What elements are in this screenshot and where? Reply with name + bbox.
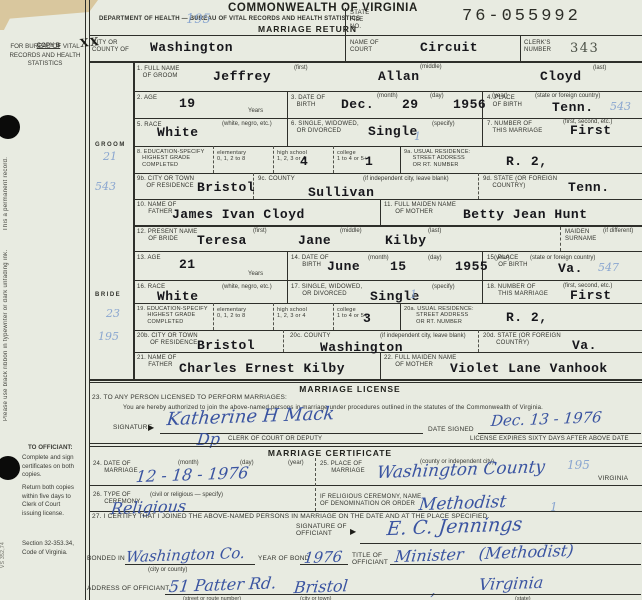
form-left-border: [85, 0, 90, 600]
field25-label: 25. PLACE OF MARRIAGE: [320, 461, 365, 475]
divider-r23a: [287, 91, 288, 146]
groom-margin-note-a: 21: [103, 150, 117, 163]
officiant-address-state: Virginia: [478, 573, 544, 594]
bonded-underline: [125, 564, 255, 565]
groom-dob-year: 1956: [453, 98, 486, 111]
license-signature-label: SIGNATURE: [113, 425, 152, 432]
year-underline: [300, 564, 348, 565]
divider-r5b: [478, 173, 479, 199]
bride-race: White: [157, 290, 199, 303]
officiant-signature-label: SIGNATURE OF OFFICIANT: [296, 524, 347, 538]
state-file-label: STATE FILE NO.: [350, 10, 369, 30]
field22-label: 22. FULL MAIDEN NAME OF MOTHER: [384, 355, 456, 369]
address-underline: [165, 594, 641, 595]
divider-edu3: [333, 146, 334, 173]
divider-r7: [560, 227, 561, 251]
license-expiry-note: LICENSE EXPIRES SIXTY DAYS AFTER ABOVE D…: [470, 436, 629, 443]
groom-first-hint: (first): [294, 65, 308, 72]
maiden-surname-hint: (if different): [603, 228, 633, 235]
clerk-number-label: CLERK'S NUMBER: [524, 40, 551, 54]
groom-dob-day: 29: [402, 98, 419, 111]
groom-age: 19: [179, 97, 196, 110]
cert-place-pencil: 195: [567, 458, 590, 472]
hole-punch-bottom: [0, 456, 20, 480]
groom-marital-status: Single: [368, 125, 418, 138]
title-underline: [390, 564, 641, 565]
line-r3: [133, 146, 642, 147]
divider-edu2b: [273, 303, 274, 330]
field17-label: 17. SINGLE, WIDOWED, OR DIVORCED: [291, 284, 362, 298]
city-county-value: Washington: [150, 41, 233, 54]
black-ribbon-note: Please use black ribbon in typewriter or…: [3, 235, 9, 421]
bride-city: Bristol: [197, 339, 255, 352]
groom-edu-highschool-value: 4: [300, 155, 308, 168]
groom-race: White: [157, 126, 199, 139]
field20d-label: 20d. STATE (OR FOREIGN COUNTRY): [483, 333, 561, 347]
field19-label: 19. EDUCATION-SPECIFY HIGHEST GRADE COMP…: [137, 306, 208, 325]
field10-label: 10. NAME OF FATHER: [137, 202, 177, 216]
field6-hint: (specify): [432, 121, 455, 128]
edu-highschool-label-bride: high school 1, 2, 3 or 4: [277, 307, 307, 320]
commonwealth-title: COMMONWEALTH OF VIRGINIA: [228, 2, 418, 14]
maiden-surname-label: MAIDEN SURNAME: [565, 229, 596, 243]
field20c-hint: (if independent city, leave blank): [380, 333, 466, 340]
edu-elementary-label-bride: elementary 0, 1, 2 to 8: [217, 307, 246, 320]
groom-first-name: Jeffrey: [213, 70, 271, 83]
marriage-place-value: Washington County: [376, 457, 546, 483]
field9b-label: 9b. CITY OR TOWN OF RESIDENCE: [137, 176, 194, 190]
groom-age-unit: Years: [248, 108, 263, 115]
cert-year-hint: (year): [288, 460, 304, 467]
denomination-value: Methodist: [418, 492, 507, 515]
line-bride-top: [133, 225, 642, 227]
field9c-label: 9c. COUNTY: [258, 176, 295, 183]
bride-last-hint: (last): [428, 228, 441, 235]
date-signed-label: DATE SIGNED: [428, 427, 474, 434]
certificate-heading: MARRIAGE CERTIFICATE: [230, 448, 430, 458]
groom-edu-college-value: 1: [365, 155, 373, 168]
form-number: VS 352,74: [0, 498, 6, 568]
street-hint: (street or route number): [183, 596, 241, 600]
bride-father-name: Charles Ernest Kilby: [179, 362, 345, 375]
license-addressee: 23. TO ANY PERSON LICENSED TO PERFORM MA…: [92, 395, 287, 402]
field13-label: 13. AGE: [137, 255, 161, 262]
date-signed-value: Dec. 13 - 1976: [490, 408, 603, 430]
license-top-line1: [89, 379, 642, 381]
virginia-printed: VIRGINIA: [598, 476, 628, 483]
groom-dob-day-hint: (day): [430, 93, 444, 100]
field6-label: 6. SINGLE, WIDOWED, OR DIVORCED: [291, 121, 359, 135]
field9c-hint: (if independent city, leave blank): [363, 176, 449, 183]
bride-marriage-number: First: [570, 289, 612, 302]
line-r5: [133, 199, 642, 200]
groom-birthplace: Tenn.: [552, 101, 594, 114]
field16-hint: (white, negro, etc.): [222, 284, 272, 291]
divider-edu3b: [333, 303, 334, 330]
title-of-officiant-value: Minister (Methodist): [394, 541, 575, 566]
cert-top-line1: [89, 443, 642, 444]
bride-first-hint: (first): [253, 228, 267, 235]
bride-dob-day-hint: (day): [428, 255, 442, 262]
field3-label: 3. DATE OF BIRTH: [291, 95, 325, 109]
groom-birthplace-pencil: 543: [610, 100, 631, 113]
field20a-label: 20a. USUAL RESIDENCE: STREET ADDRESS OR …: [404, 306, 474, 325]
bride-birthplace: Va.: [558, 262, 583, 275]
officiant-signature: E. C. Jennings: [386, 513, 524, 540]
divider-edu1: [213, 146, 214, 173]
address-of-officiant-label: ADDRESS OF OFFICIANT: [87, 586, 169, 593]
xx-scribble: XX: [79, 35, 100, 50]
cert-divider: [315, 458, 316, 511]
row2-divider-clerk: [520, 35, 521, 61]
groom-residence: R. 2,: [506, 155, 548, 168]
field7-label: 7. NUMBER OF THIS MARRIAGE: [487, 121, 542, 135]
code-section-ref: Section 32-353.34, Code of Virginia.: [22, 540, 74, 557]
field2-label: 2. AGE: [137, 95, 157, 102]
signature-arrow-icon: ▶: [148, 423, 154, 432]
bride-dob-month: June: [327, 260, 360, 273]
bride-side-label: BRIDE: [95, 292, 121, 299]
groom-last-name: Cloyd: [540, 70, 582, 83]
bride-county: Washington: [320, 341, 403, 354]
bride-margin-note-a: 23: [106, 307, 120, 320]
field12-label: 12. PRESENT NAME OF BRIDE: [137, 229, 197, 243]
line-r1: [133, 91, 642, 92]
license-top-line2: [89, 382, 642, 383]
divider-edu1b: [213, 303, 214, 330]
cert-row1-line: [89, 485, 642, 486]
groom-state: Tenn.: [568, 181, 610, 194]
groom-side-label: GROOM: [95, 142, 126, 149]
groom-dob-month: Dec.: [341, 98, 374, 111]
divider-r6: [380, 199, 381, 225]
to-officiant-para2: Return both copies within five days to C…: [22, 484, 74, 518]
line-r8: [133, 280, 642, 281]
field9d-label: 9d. STATE (OR FOREIGN COUNTRY): [483, 176, 557, 190]
bride-edu-college-value: 3: [363, 312, 371, 325]
field5-hint: (white, negro, etc.): [222, 121, 272, 128]
field21-label: 21. NAME OF FATHER: [137, 355, 177, 369]
date-signed-underline: [478, 433, 641, 434]
bride-dob-month-hint: (month): [368, 255, 389, 262]
bride-first-name: Teresa: [197, 234, 247, 247]
line-r7: [133, 251, 642, 252]
state-file-divider: [345, 8, 346, 35]
bonded-hint: (city or county): [148, 567, 187, 574]
clerk-caption: CLERK OF COURT OR DEPUTY: [228, 436, 322, 443]
field9a-label: 9a. USUAL RESIDENCE: STREET ADDRESS OR R…: [404, 149, 470, 168]
bride-last-name: Kilby: [385, 234, 427, 247]
bride-dob-day: 15: [390, 260, 407, 273]
divider-r10: [400, 303, 401, 330]
bride-margin-note-b: 195: [98, 330, 119, 343]
year-of-bond-label: YEAR OF BOND: [258, 556, 310, 563]
field8-label: 8. EDUCATION-SPECIFY HIGHEST GRADE COMPL…: [137, 149, 204, 168]
officiant-address-street: 51 Patter Rd.: [168, 573, 277, 596]
field1-label: 1. FULL NAME OF GROOM: [137, 66, 180, 80]
bride-birthplace-pencil: 547: [598, 261, 619, 274]
bonded-in-value: Washington Co.: [125, 544, 246, 566]
field4-label: 4. PLACE OF BIRTH: [487, 95, 522, 109]
edu-elementary-label-groom: elementary 0, 1, 2 to 8: [217, 150, 246, 163]
groom-last-hint: (last): [593, 65, 606, 72]
groom-marital-pencil: 1: [414, 130, 421, 143]
clerk-number-value: 343: [570, 41, 599, 56]
bride-middle-hint: (middle): [340, 228, 362, 235]
bride-mother-name: Violet Lane Vanhook: [450, 362, 608, 375]
field20b-label: 20b. CITY OR TOWN OF RESIDENCE: [137, 333, 198, 347]
groom-father-name: James Ivan Cloyd: [172, 208, 305, 221]
to-officiant-para1: Complete and sign certificates on both c…: [22, 454, 74, 480]
bride-residence: R. 2,: [506, 311, 548, 324]
scan-corner-artifact: [0, 0, 98, 30]
bride-marital-pencil: 1: [410, 288, 417, 301]
divider-r11a: [283, 330, 284, 352]
table-left-border: [133, 61, 135, 380]
field4-hint: (state or foreign country): [535, 93, 600, 100]
divider-r4: [400, 146, 401, 173]
marriage-return-document: COPY B FOR BUREAU OF VITAL RECORDS AND H…: [0, 0, 642, 600]
field24-label: 24. DATE OF MARRIAGE: [93, 461, 138, 475]
marriage-date-value: 12 - 18 - 1976: [135, 463, 250, 486]
city-hint: (city or town): [300, 596, 331, 600]
groom-mother-name: Betty Jean Hunt: [463, 208, 588, 221]
copy-for-text: FOR BUREAU OF VITAL RECORDS AND HEALTH S…: [2, 43, 88, 69]
groom-middle-hint: (middle): [420, 64, 442, 71]
groom-middle-name: Allan: [378, 70, 420, 83]
bonded-in-label: BONDED IN: [87, 556, 125, 563]
pencil-195-top: 195: [186, 12, 211, 27]
bride-middle-name: Jane: [298, 234, 331, 247]
groom-margin-note-b: 543: [95, 180, 116, 193]
groom-county: Sullivan: [308, 186, 374, 199]
line-r4: [133, 173, 642, 174]
divider-r12: [380, 352, 381, 379]
field17-hint: (specify): [432, 284, 455, 291]
denomination-label: IF RELIGIOUS CEREMONY, NAME OF DENOMINAT…: [320, 494, 421, 508]
bride-age: 21: [179, 258, 196, 271]
row2-top-line: [89, 35, 642, 36]
department-line: DEPARTMENT OF HEALTH — BUREAU OF VITAL R…: [99, 16, 360, 23]
bride-age-unit: Years: [248, 271, 263, 278]
edu-college-label-groom: college 1 to 4 or 5+: [337, 150, 367, 163]
bride-dob-year: 1955: [455, 260, 488, 273]
state-file-number: 76-055992: [462, 7, 581, 26]
cert-top-line2: [89, 446, 642, 447]
bride-state: Va.: [572, 339, 597, 352]
groom-marriage-number: First: [570, 124, 612, 137]
groom-city: Bristol: [197, 181, 255, 194]
divider-r89a: [287, 251, 288, 303]
title-of-officiant-label: TITLE OF OFFICIANT: [352, 553, 388, 567]
state-hint: (state): [515, 596, 531, 600]
divider-r11b: [478, 330, 479, 352]
license-heading: MARRIAGE LICENSE: [250, 384, 450, 394]
field18-label: 18. NUMBER OF THIS MARRIAGE: [487, 284, 548, 298]
form-title: MARRIAGE RETURN: [258, 24, 357, 34]
officiant-signature-arrow-icon: ▶: [350, 527, 356, 536]
row2-divider-court: [345, 35, 346, 61]
court-label: NAME OF COURT: [350, 40, 379, 54]
court-value: Circuit: [420, 41, 478, 54]
field14-label: 14. DATE OF BIRTH: [291, 255, 329, 269]
clerk-signature: Katherine H Mack: [166, 403, 336, 430]
field11-label: 11. FULL MAIDEN NAME OF MOTHER: [384, 202, 456, 216]
to-officiant-heading: TO OFFICIANT:: [28, 444, 73, 453]
hole-punch-top: [0, 115, 20, 139]
groom-dob-month-hint: (month): [377, 93, 398, 100]
line-r10: [133, 330, 642, 331]
permanent-record-note: This a permanent record.: [3, 145, 9, 231]
denomination-pencil: 1: [550, 500, 558, 514]
field15-label: 15. PLACE OF BIRTH: [487, 255, 528, 269]
divider-edu2: [273, 146, 274, 173]
officiant-address-comma: ,: [430, 580, 437, 599]
field20c-label: 20c. COUNTY: [290, 333, 331, 340]
row2-bottom-line: [89, 61, 642, 63]
